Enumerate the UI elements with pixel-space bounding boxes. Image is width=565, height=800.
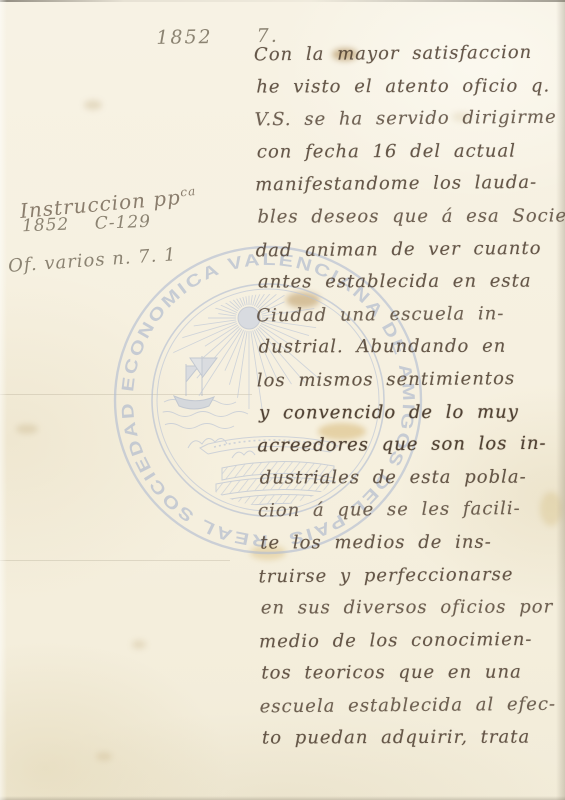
ship-icon <box>174 356 217 409</box>
scan-edge-left <box>0 0 7 800</box>
manuscript-line: acreedores que son los in- <box>257 428 561 463</box>
manuscript-body: Con la mayor satisfaccion he visto el at… <box>254 37 564 757</box>
foxing-spot <box>132 640 146 649</box>
foxing-spot <box>84 100 102 110</box>
paper-crease <box>0 560 230 561</box>
manuscript-line: en sus diversos oficios por <box>261 592 565 626</box>
margin-note-superscript: ca <box>180 184 197 199</box>
manuscript-line: truirse y perfeccionarse <box>258 558 562 593</box>
manuscript-line: Ciudad una escuela in- <box>256 297 560 332</box>
manuscript-line: dustriales de esta pobla- <box>260 461 564 495</box>
manuscript-line: con fecha 16 del actual <box>257 135 561 169</box>
manuscript-line: los mismos sentimientos <box>257 363 561 398</box>
manuscript-line: escuela establecida al efec- <box>260 689 564 724</box>
manuscript-line: dustrial. Abundando en <box>259 331 563 365</box>
scan-edge-top <box>0 0 565 2</box>
manuscript-line: to puedan adquirir, trata <box>262 722 565 756</box>
manuscript-line: manifestandome los lauda- <box>255 167 559 202</box>
scan-edge-right <box>556 0 565 800</box>
manuscript-line: bles deseos que á esa Socie- <box>257 200 561 234</box>
annotation-year: 1852 <box>156 26 213 49</box>
scan-edge-bottom <box>0 796 565 800</box>
manuscript-line: dad animan de ver cuanto <box>256 232 560 267</box>
manuscript-line: cion á que se les facili- <box>258 493 562 528</box>
manuscript-line: medio de los conocimien- <box>259 623 563 658</box>
manuscript-line: V.S. se ha servido dirigirme <box>254 102 558 137</box>
manuscript-line: Con la mayor satisfaccion <box>254 37 558 72</box>
manuscript-line: te los medios de ins- <box>260 526 564 560</box>
manuscript-line: he visto el atento oficio q. <box>256 70 560 104</box>
manuscript-line: antes establecida en esta <box>258 266 562 300</box>
foxing-spot <box>16 424 38 434</box>
manuscript-line: y convencido de lo muy <box>259 396 563 430</box>
manuscript-line: tos teoricos que en una <box>261 657 565 691</box>
foxing-spot <box>96 752 112 761</box>
